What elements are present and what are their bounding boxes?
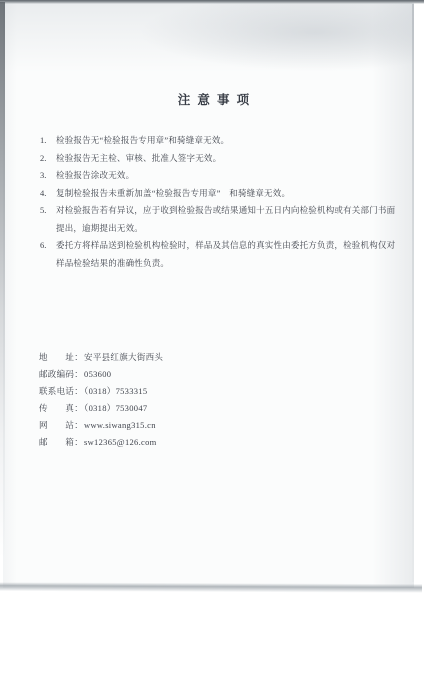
contact-row-email: 邮 箱：sw12365@126.com xyxy=(39,434,414,451)
item-text: 委托方将样品送到检验机构检验时，样品及其信息的真实性由委托方负责，检验机构仅对样… xyxy=(56,237,400,272)
contact-row-address: 地 址：安平县红旗大街西头 xyxy=(39,349,414,366)
scanned-document-page: 注 意 事 项 1. 检验报告无“检验报告专用章”和骑缝章无效。 2. 检验报告… xyxy=(3,3,414,588)
page-title: 注 意 事 项 xyxy=(3,92,414,108)
notice-item: 2. 检验报告无主检、审核、批准人签字无效。 xyxy=(40,150,400,168)
notice-item: 6. 委托方将样品送到检验机构检验时，样品及其信息的真实性由委托方负责，检验机构… xyxy=(40,237,400,272)
scan-top-edge-shadow xyxy=(0,0,424,4)
contact-value: （0318）7533315 xyxy=(84,386,147,396)
item-number: 2. xyxy=(40,150,56,168)
item-number: 4. xyxy=(40,185,56,203)
scan-bottom-edge-shadow xyxy=(0,582,422,593)
contact-row-postcode: 邮政编码：053600 xyxy=(39,366,414,383)
scan-right-edge-shadow xyxy=(412,4,414,582)
notice-list: 1. 检验报告无“检验报告专用章”和骑缝章无效。 2. 检验报告无主检、审核、批… xyxy=(40,132,400,272)
notice-item: 5. 对检验报告若有异议，应于收到检验报告或结果通知十五日内向检验机构或有关部门… xyxy=(40,202,400,237)
contact-value: 安平县红旗大街西头 xyxy=(84,352,163,362)
item-text: 检验报告无“检验报告专用章”和骑缝章无效。 xyxy=(56,132,400,150)
notice-item: 3. 检验报告涂改无效。 xyxy=(40,167,400,185)
contact-label: 邮 箱： xyxy=(39,437,83,447)
contact-label: 邮政编码： xyxy=(39,369,83,379)
contact-row-phone: 联系电话：（0318）7533315 xyxy=(39,383,414,400)
contact-block: 地 址：安平县红旗大街西头 邮政编码：053600 联系电话：（0318）753… xyxy=(39,349,414,451)
item-text: 对检验报告若有异议，应于收到检验报告或结果通知十五日内向检验机构或有关部门书面提… xyxy=(56,202,400,237)
paper-shading xyxy=(3,3,414,588)
item-number: 3. xyxy=(40,167,56,185)
contact-value: www.siwang315.cn xyxy=(84,420,156,430)
item-number: 1. xyxy=(40,132,56,150)
notice-item: 1. 检验报告无“检验报告专用章”和骑缝章无效。 xyxy=(40,132,400,150)
contact-value: sw12365@126.com xyxy=(84,437,157,447)
scan-left-edge-shadow xyxy=(0,2,5,558)
contact-label: 传 真： xyxy=(39,403,83,413)
contact-label: 网 站： xyxy=(39,420,83,430)
item-number: 5. xyxy=(40,202,56,237)
item-number: 6. xyxy=(40,237,56,272)
contact-value: 053600 xyxy=(84,369,111,379)
notice-item: 4. 复制检验报告未重新加盖“检验报告专用章” 和骑缝章无效。 xyxy=(40,185,400,203)
item-text: 检验报告无主检、审核、批准人签字无效。 xyxy=(56,150,400,168)
contact-label: 联系电话： xyxy=(39,386,83,396)
contact-label: 地 址： xyxy=(39,352,83,362)
contact-value: （0318）7530047 xyxy=(84,403,147,413)
item-text: 复制检验报告未重新加盖“检验报告专用章” 和骑缝章无效。 xyxy=(56,185,400,203)
item-text: 检验报告涂改无效。 xyxy=(56,167,400,185)
contact-row-website: 网 站：www.siwang315.cn xyxy=(39,417,414,434)
contact-row-fax: 传 真：（0318）7530047 xyxy=(39,400,414,417)
